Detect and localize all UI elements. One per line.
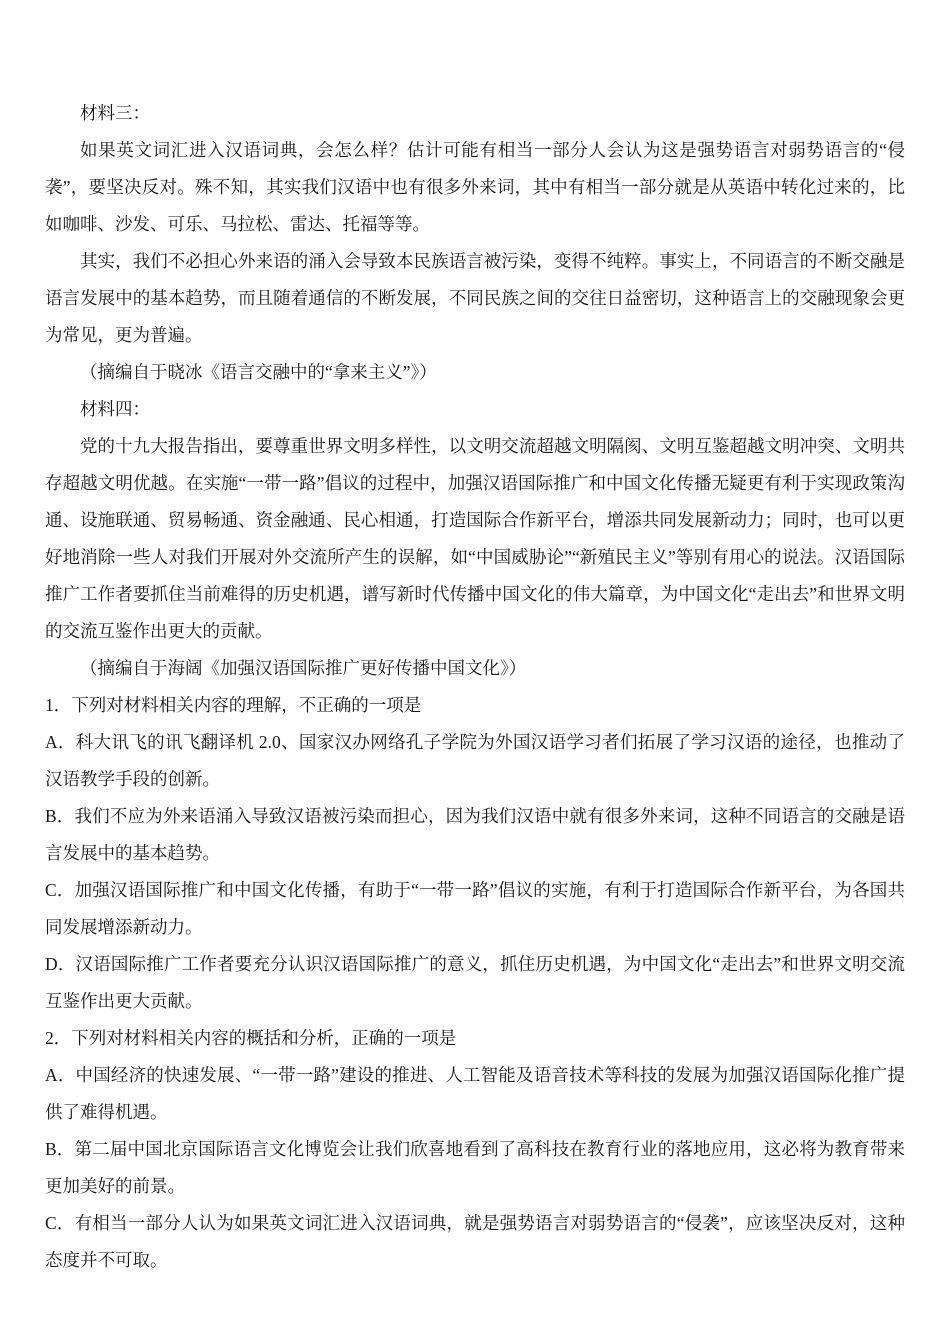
- material4-source-citation: （摘编自于海阔《加强汉语国际推广更好传播中国文化》）: [45, 650, 905, 687]
- question-1-option-b: B．我们不应为外来语涌入导致汉语被污染而担心，因为我们汉语中就有很多外来词，这种…: [45, 798, 905, 872]
- material4-paragraph-1: 党的十九大报告指出，要尊重世界文明多样性，以文明交流超越文明隔阂、文明互鉴超越文…: [45, 428, 905, 650]
- exam-document-page: 材料三： 如果英文词汇进入汉语词典，会怎么样？估计可能有相当一部分人会认为这是强…: [0, 0, 950, 1344]
- question-1-option-d: D．汉语国际推广工作者要充分认识汉语国际推广的意义，抓住历史机遇，为中国文化“走…: [45, 946, 905, 1020]
- question-1-stem: 1．下列对材料相关内容的理解，不正确的一项是: [45, 687, 905, 724]
- material3-paragraph-1: 如果英文词汇进入汉语词典，会怎么样？估计可能有相当一部分人会认为这是强势语言对弱…: [45, 132, 905, 243]
- question-2-option-b: B．第二届中国北京国际语言文化博览会让我们欣喜地看到了高科技在教育行业的落地应用…: [45, 1131, 905, 1205]
- question-1-option-c: C．加强汉语国际推广和中国文化传播，有助于“一带一路”倡议的实施，有利于打造国际…: [45, 872, 905, 946]
- material3-source-citation: （摘编自于晓冰《语言交融中的“拿来主义”》）: [45, 354, 905, 391]
- question-1-option-a: A．科大讯飞的讯飞翻译机 2.0、国家汉办网络孔子学院为外国汉语学习者们拓展了学…: [45, 724, 905, 798]
- question-2-option-a: A．中国经济的快速发展、“一带一路”建设的推进、人工智能及语音技术等科技的发展为…: [45, 1057, 905, 1131]
- material3-paragraph-2: 其实，我们不必担心外来语的涌入会导致本民族语言被污染，变得不纯粹。事实上，不同语…: [45, 243, 905, 354]
- question-2-stem: 2．下列对材料相关内容的概括和分析，正确的一项是: [45, 1020, 905, 1057]
- question-2-option-c: C．有相当一部分人认为如果英文词汇进入汉语词典，就是强势语言对弱势语言的“侵袭”…: [45, 1205, 905, 1279]
- material3-heading: 材料三：: [45, 95, 905, 132]
- material4-heading: 材料四：: [45, 391, 905, 428]
